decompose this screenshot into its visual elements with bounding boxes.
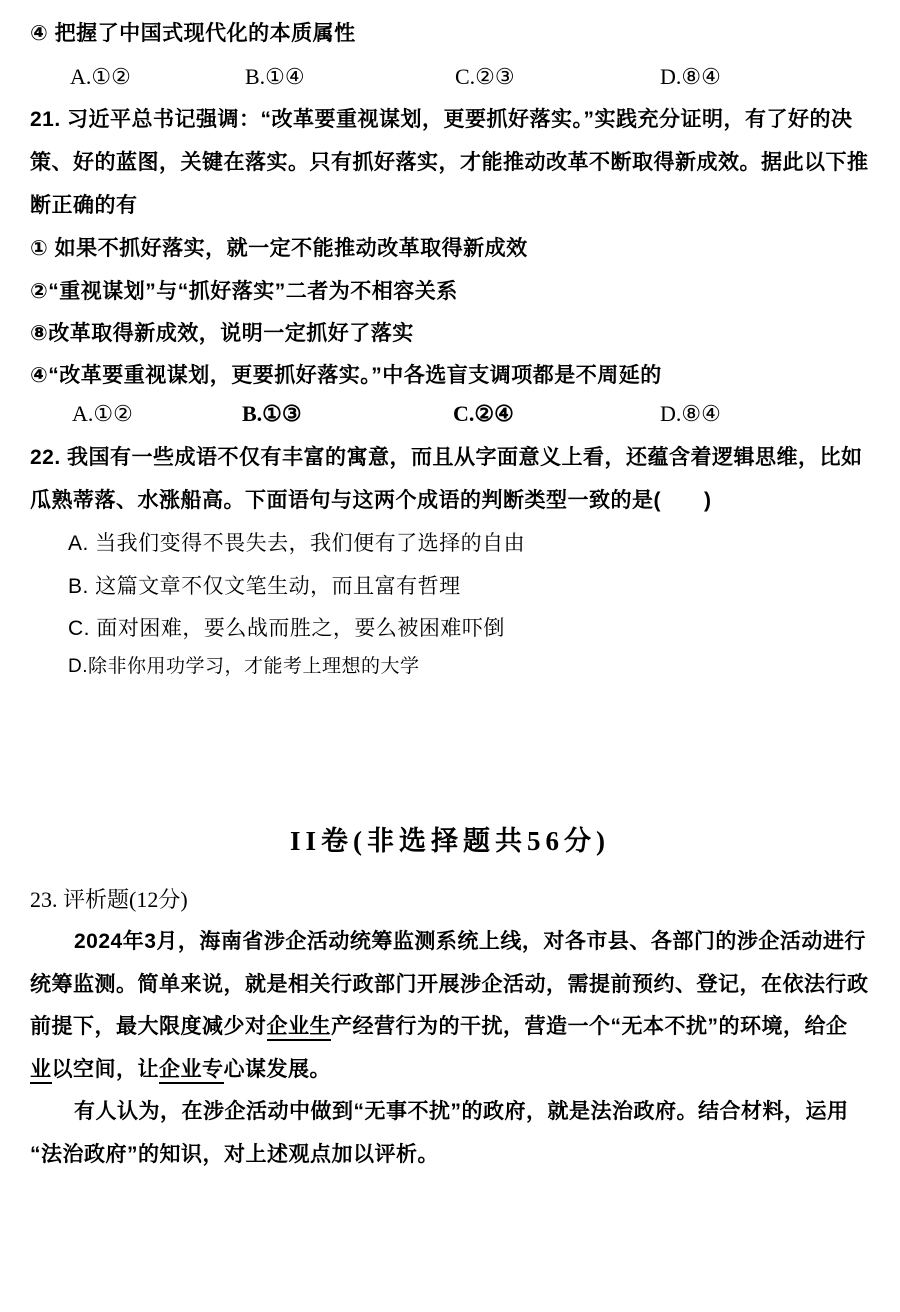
q20-option-a: A.①② (70, 55, 131, 98)
q20-option-c: C.②③ (455, 55, 515, 98)
q23-para1-line3-underlined: 企业生 (267, 1015, 332, 1041)
q23-para1-line-2: 统筹监测。简单来说，就是相关行政部门开展涉企活动，需提前预约、登记，在依法行政 (30, 963, 870, 1006)
q20-option-d: D.⑧④ (660, 55, 721, 98)
q23-para1-line3-pre: 前提下，最大限度减少对 (30, 1015, 267, 1038)
q20-options-row: A.①② B.①④ C.②③ D.⑧④ (30, 55, 870, 98)
q21-statement-3: ⑧改革取得新成效，说明一定抓好了落实 (30, 312, 870, 355)
q22-option-c: C. 面对困难，要么战而胜之，要么被困难吓倒 (30, 607, 870, 650)
q22-option-d: D.除非你用功学习，才能考上理想的大学 (30, 645, 870, 688)
exam-paper-page: ④ 把握了中国式现代化的本质属性 A.①② B.①④ C.②③ D.⑧④ 21.… (0, 0, 900, 1312)
q21-stem-line-2: 策、好的蓝图，关键在落实。只有抓好落实，才能推动改革不断取得新成效。据此以下推 (30, 141, 870, 184)
q22-stem-line-1: 22. 我国有一些成语不仅有丰富的寓意，而且从字面意义上看，还蕴含着逻辑思维，比… (30, 436, 870, 479)
q21-statement-4: ④“改革要重视谋划，更要抓好落实。”中各选盲支调项都是不周延的 (30, 354, 870, 397)
q21-stem-line-1: 21. 习近平总书记强调：“改革要重视谋划，更要抓好落实。”实践充分证明，有了好… (30, 98, 870, 141)
q21-stem-line-3: 断正确的有 (30, 184, 870, 227)
q21-option-a: A.①② (72, 392, 133, 435)
q21-options-row: A.①② B.①③ C.②④ D.⑧④ (30, 392, 870, 435)
q21-statement-2: ②“重视谋划”与“抓好落实”二者为不相容关系 (30, 270, 870, 313)
q23-para1-line4-underlined-1: 业 (30, 1058, 52, 1084)
q23-para1-line3-post: 产经营行为的干扰，营造一个“无本不扰”的环境，给企 (331, 1015, 848, 1038)
q23-para1-line-1: 2024年3月，海南省涉企活动统筹监测系统上线，对各市县、各部门的涉企活动进行 (30, 920, 870, 963)
q20-option-b: B.①④ (245, 55, 305, 98)
q23-para2-line-2: “法治政府”的知识，对上述观点加以评析。 (30, 1133, 870, 1176)
q22-option-a: A. 当我们变得不畏失去，我们便有了选择的自由 (30, 522, 870, 565)
q23-para1-line-3: 前提下，最大限度减少对企业生产经营行为的干扰，营造一个“无本不扰”的环境，给企 (30, 1005, 870, 1048)
q23-para1-line4-mid: 以空间，让 (52, 1058, 160, 1081)
q23-title: 23. 评析题(12分) (30, 878, 870, 921)
q23-para1-line4-underlined-2: 企业专 (159, 1058, 224, 1084)
q22-stem-line-2: 瓜熟蒂落、水涨船高。下面语句与这两个成语的判断类型一致的是( ) (30, 479, 870, 522)
q23-para2-line-1: 有人认为，在涉企活动中做到“无事不扰”的政府，就是法治政府。结合材料，运用 (30, 1090, 870, 1133)
q21-statement-1: ① 如果不抓好落实，就一定不能推动改革取得新成效 (30, 227, 870, 270)
q22-option-b: B. 这篇文章不仅文笔生动，而且富有哲理 (30, 565, 870, 608)
q23-para1-line-4: 业以空间，让企业专心谋发展。 (30, 1048, 870, 1091)
q21-option-d: D.⑧④ (660, 392, 721, 435)
q23-para1-line4-post: 心谋发展。 (224, 1058, 332, 1081)
q21-option-c: C.②④ (453, 392, 514, 435)
q21-option-b: B.①③ (242, 392, 302, 435)
part-2-heading: II卷(非选择题共56分) (30, 820, 870, 863)
q20-statement-4: ④ 把握了中国式现代化的本质属性 (30, 12, 870, 55)
